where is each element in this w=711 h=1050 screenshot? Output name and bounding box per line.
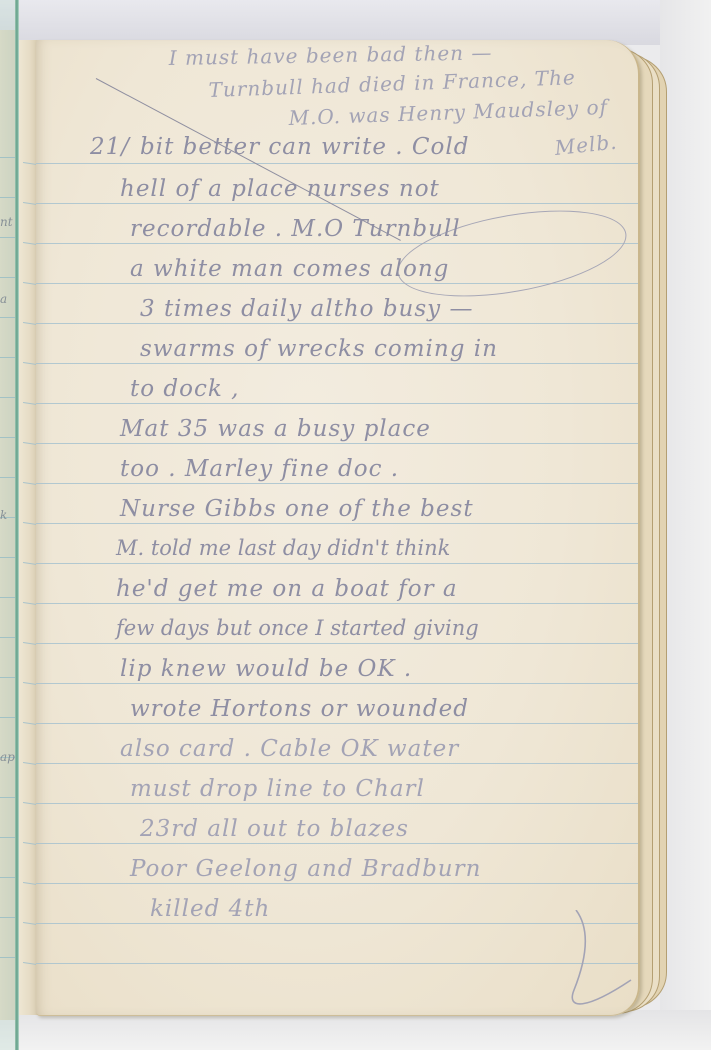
background-bottom [0,1010,711,1050]
rule-line [36,803,638,804]
rule-line [23,602,37,605]
rule-line [36,883,638,884]
entry-line: Nurse Gibbs one of the best [120,496,474,522]
annotation-line: Turnbull had died in France, The [208,65,576,102]
rule-line [23,522,37,525]
rule-line [36,683,638,684]
rule-line [23,562,37,565]
annotation-margin-note: Melb. [553,130,618,160]
annotation-line: I must have been bad then — [169,40,493,70]
entry-line: killed 4th [150,896,270,922]
entry-line: hell of a place nurses not [120,176,440,202]
rule-line [36,563,638,564]
rule-line [23,802,37,805]
entry-line: also card . Cable OK water [120,736,459,762]
rule-line [23,322,37,325]
entry-line: M. told me last day didn't think [116,536,450,560]
annotation-line: M.O. was Henry Maudsley of [288,95,608,130]
rule-line [36,643,638,644]
rule-line [36,723,638,724]
rule-line [23,762,37,765]
entry-date: 21/ [90,134,130,160]
rule-line [36,323,638,324]
rule-line [23,282,37,285]
rule-line [23,682,37,685]
entry-line: too . Marley fine doc . [120,456,399,482]
entry-line: recordable . M.O Turnbull [130,216,461,242]
rule-line [23,482,37,485]
background-top [0,0,711,45]
entry-line: he'd get me on a boat for a [116,576,458,602]
rule-line [23,882,37,885]
rule-line [23,202,37,205]
entry-line: Poor Geelong and Bradburn [130,856,481,882]
rule-line [23,842,37,845]
rule-line [36,963,638,964]
entry-line: a white man comes along [130,256,449,282]
entry-line: 23rd all out to blazes [140,816,409,842]
rule-line [36,203,638,204]
scene: nt a k ap [0,0,711,1050]
entry-line: must drop line to Charl [130,776,425,802]
rule-line [36,443,638,444]
rule-line [23,442,37,445]
rule-line [36,363,638,364]
rule-line [23,362,37,365]
entry-line: wrote Hortons or wounded [130,696,469,722]
entry-line: 3 times daily altho busy — [140,296,473,322]
entry-line: Mat 35 was a busy place [120,416,431,442]
end-flourish [556,910,636,1016]
rule-line [23,642,37,645]
entry-line: to dock , [130,376,239,402]
rule-line [36,523,638,524]
rule-line [36,843,638,844]
notebook-page: I must have been bad then — Turnbull had… [36,40,640,1016]
rule-line [23,242,37,245]
background-right [660,0,711,1050]
rule-line [23,722,37,725]
entry-line: few days but once I started giving [116,616,479,640]
circled-name [391,195,633,311]
rule-line [23,922,37,925]
rule-line [36,163,638,164]
entry-line: swarms of wrecks coming in [140,336,498,362]
rule-line [23,162,37,165]
rule-line [36,483,638,484]
entry-line: lip knew would be OK . [120,656,412,682]
rule-line [23,402,37,405]
rule-line [36,403,638,404]
rule-line [36,603,638,604]
rule-line [36,923,638,924]
entry-line: bit better can write . Cold [140,134,469,160]
rule-line [23,962,37,965]
rule-line [36,763,638,764]
